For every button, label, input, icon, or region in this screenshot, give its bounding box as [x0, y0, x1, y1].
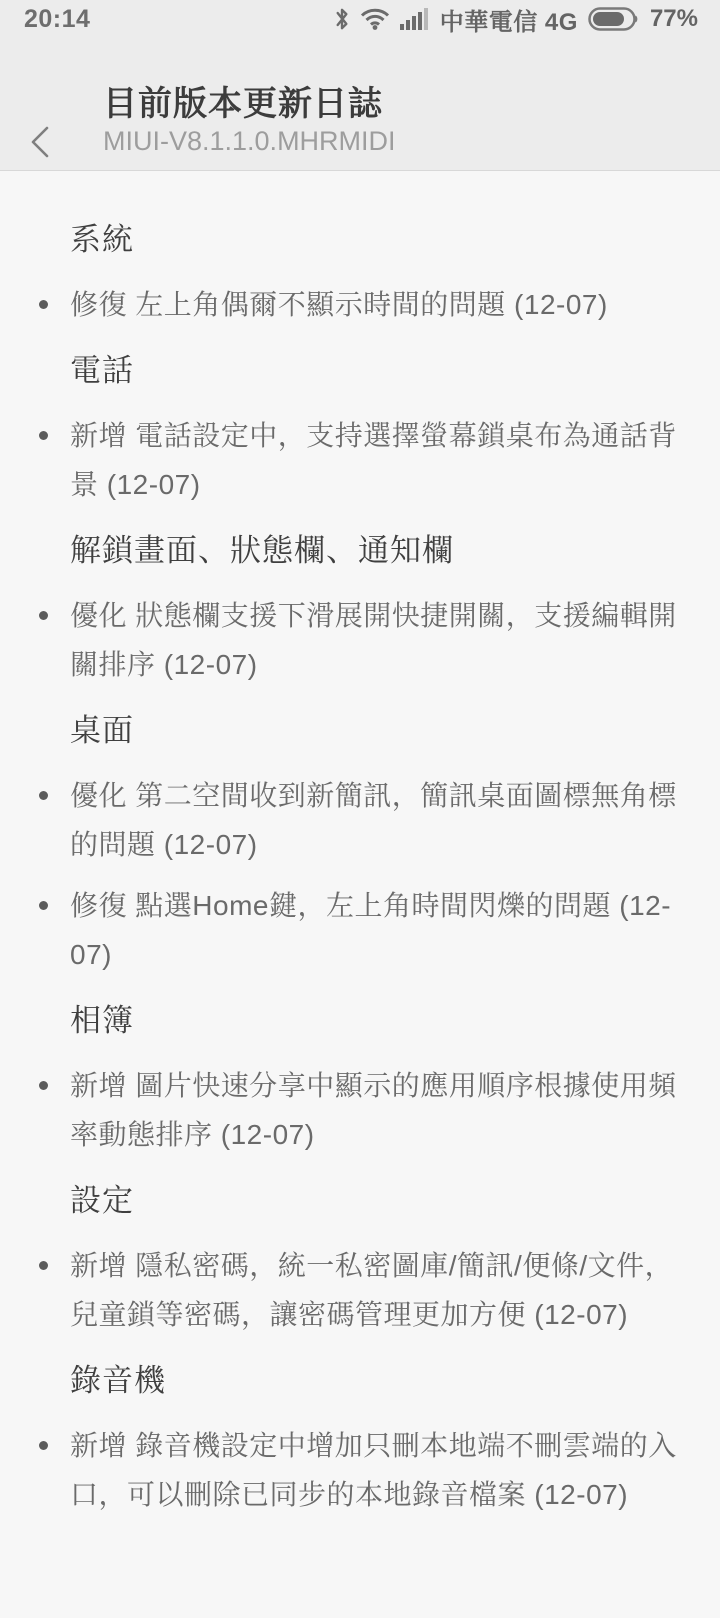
- bluetooth-icon: [334, 6, 350, 32]
- section-title: 桌面: [70, 706, 678, 755]
- changelog-item: 新增 錄音機設定中增加只刪本地端不刪雲端的入口，可以刪除已同步的本地錄音檔案 (…: [70, 1421, 678, 1519]
- changelog-section: 系統 修復 左上角偶爾不顯示時間的問題 (12-07): [70, 215, 678, 329]
- changelog-section: 桌面 優化 第二空間收到新簡訊，簡訊桌面圖標無角標的問題 (12-07) 修復 …: [70, 706, 678, 979]
- chevron-left-icon: [28, 125, 62, 159]
- changelog-section: 解鎖畫面、狀態欄、通知欄 優化 狀態欄支援下滑展開快捷開關，支援編輯開關排序 (…: [70, 526, 678, 689]
- version-subtitle: MIUI-V8.1.1.0.MHRMIDI: [103, 126, 680, 156]
- section-title: 相簿: [70, 996, 678, 1045]
- changelog-item: 新增 圖片快速分享中顯示的應用順序根據使用頻率動態排序 (12-07): [70, 1061, 678, 1159]
- changelog-section: 電話 新增 電話設定中，支持選擇螢幕鎖桌布為通話背景 (12-07): [70, 346, 678, 509]
- page-title: 目前版本更新日誌: [103, 84, 680, 124]
- changelog-section: 設定 新增 隱私密碼，統一私密圖庫/簡訊/便條/文件，兒童鎖等密碼，讓密碼管理更…: [70, 1176, 678, 1339]
- changelog-item: 修復 左上角偶爾不顯示時間的問題 (12-07): [70, 280, 678, 329]
- changelog-item: 修復 點選Home鍵，左上角時間閃爍的問題 (12-07): [70, 881, 678, 979]
- page-header: 目前版本更新日誌 MIUI-V8.1.1.0.MHRMIDI: [0, 36, 720, 171]
- clock: 20:14: [24, 5, 90, 34]
- signal-icon: [400, 7, 430, 31]
- section-title: 系統: [70, 215, 678, 264]
- battery-percent-label: 77%: [650, 5, 698, 33]
- battery-icon: [588, 6, 640, 32]
- back-button[interactable]: [28, 124, 62, 160]
- changelog-section: 錄音機 新增 錄音機設定中增加只刪本地端不刪雲端的入口，可以刪除已同步的本地錄音…: [70, 1356, 678, 1519]
- section-title: 電話: [70, 346, 678, 395]
- changelog-item: 新增 電話設定中，支持選擇螢幕鎖桌布為通話背景 (12-07): [70, 411, 678, 509]
- section-title: 解鎖畫面、狀態欄、通知欄: [70, 526, 678, 575]
- changelog-item: 優化 第二空間收到新簡訊，簡訊桌面圖標無角標的問題 (12-07): [70, 771, 678, 869]
- carrier-label: 中華電信 4G: [440, 2, 578, 37]
- changelog-item: 新增 隱私密碼，統一私密圖庫/簡訊/便條/文件，兒童鎖等密碼，讓密碼管理更加方便…: [70, 1241, 678, 1339]
- changelog-section: 相簿 新增 圖片快速分享中顯示的應用順序根據使用頻率動態排序 (12-07): [70, 996, 678, 1159]
- changelog-item: 優化 狀態欄支援下滑展開快捷開關，支援編輯開關排序 (12-07): [70, 591, 678, 689]
- section-title: 設定: [70, 1176, 678, 1225]
- changelog-scroll-area[interactable]: 系統 修復 左上角偶爾不顯示時間的問題 (12-07) 電話 新增 電話設定中，…: [0, 171, 720, 1571]
- wifi-icon: [360, 7, 390, 31]
- status-bar: 20:14 中華電信 4G: [0, 0, 720, 36]
- section-title: 錄音機: [70, 1356, 678, 1405]
